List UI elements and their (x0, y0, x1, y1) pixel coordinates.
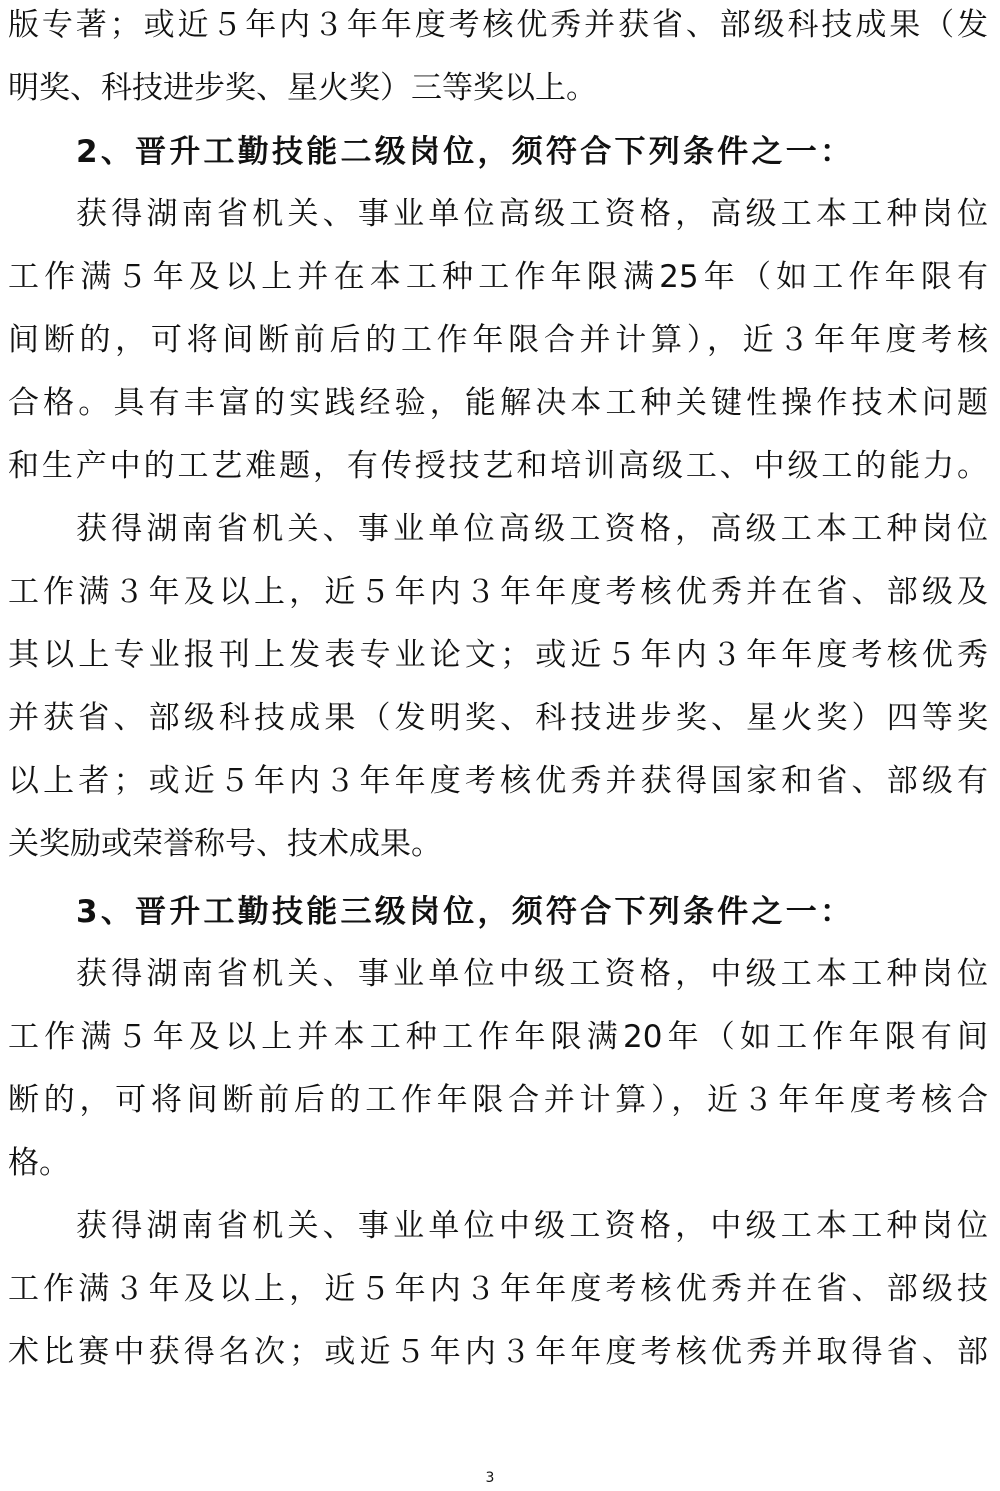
body-line: 断的，可将间断前后的工作年限合并计算），近３年年度考核合 (8, 1078, 988, 1122)
body-line: 关奖励或荣誉称号、技术成果。 (8, 822, 988, 866)
body-line: 版专著；或近５年内３年年度考核优秀并获省、部级科技成果（发 (8, 3, 988, 47)
paragraph-first-line: 获得湖南省机关、事业单位中级工资格，中级工本工种岗位 (76, 952, 988, 996)
body-line: 合格。具有丰富的实践经验，能解决本工种关键性操作技术问题 (8, 381, 988, 425)
section-heading: 3、晋升工勤技能三级岗位，须符合下列条件之一： (76, 890, 851, 934)
document-page: 版专著；或近５年内３年年度考核优秀并获省、部级科技成果（发 明奖、科技进步奖、星… (0, 0, 1000, 1491)
page-number: 3 (480, 1470, 500, 1486)
body-line: 明奖、科技进步奖、星火奖）三等奖以上。 (8, 66, 988, 110)
body-line: 格。 (8, 1141, 988, 1185)
body-line: 工作满５年及以上并在本工种工作年限满25年（如工作年限有 (8, 255, 988, 299)
paragraph-first-line: 获得湖南省机关、事业单位高级工资格，高级工本工种岗位 (76, 192, 988, 236)
paragraph-first-line: 获得湖南省机关、事业单位中级工资格，中级工本工种岗位 (76, 1204, 988, 1248)
paragraph-first-line: 获得湖南省机关、事业单位高级工资格，高级工本工种岗位 (76, 507, 988, 551)
body-line: 间断的，可将间断前后的工作年限合并计算），近３年年度考核 (8, 318, 988, 362)
section-heading: 2、晋升工勤技能二级岗位，须符合下列条件之一： (76, 130, 851, 174)
body-line: 和生产中的工艺难题，有传授技艺和培训高级工、中级工的能力。 (8, 444, 988, 488)
body-line: 其以上专业报刊上发表专业论文；或近５年内３年年度考核优秀 (8, 633, 988, 677)
body-line: 术比赛中获得名次；或近５年内３年年度考核优秀并取得省、部 (8, 1330, 988, 1374)
body-line: 以上者；或近５年内３年年度考核优秀并获得国家和省、部级有 (8, 759, 988, 803)
body-line: 并获省、部级科技成果（发明奖、科技进步奖、星火奖）四等奖 (8, 696, 988, 740)
body-line: 工作满５年及以上并本工种工作年限满20年（如工作年限有间 (8, 1015, 988, 1059)
body-line: 工作满３年及以上，近５年内３年年度考核优秀并在省、部级及 (8, 570, 988, 614)
body-line: 工作满３年及以上，近５年内３年年度考核优秀并在省、部级技 (8, 1267, 988, 1311)
